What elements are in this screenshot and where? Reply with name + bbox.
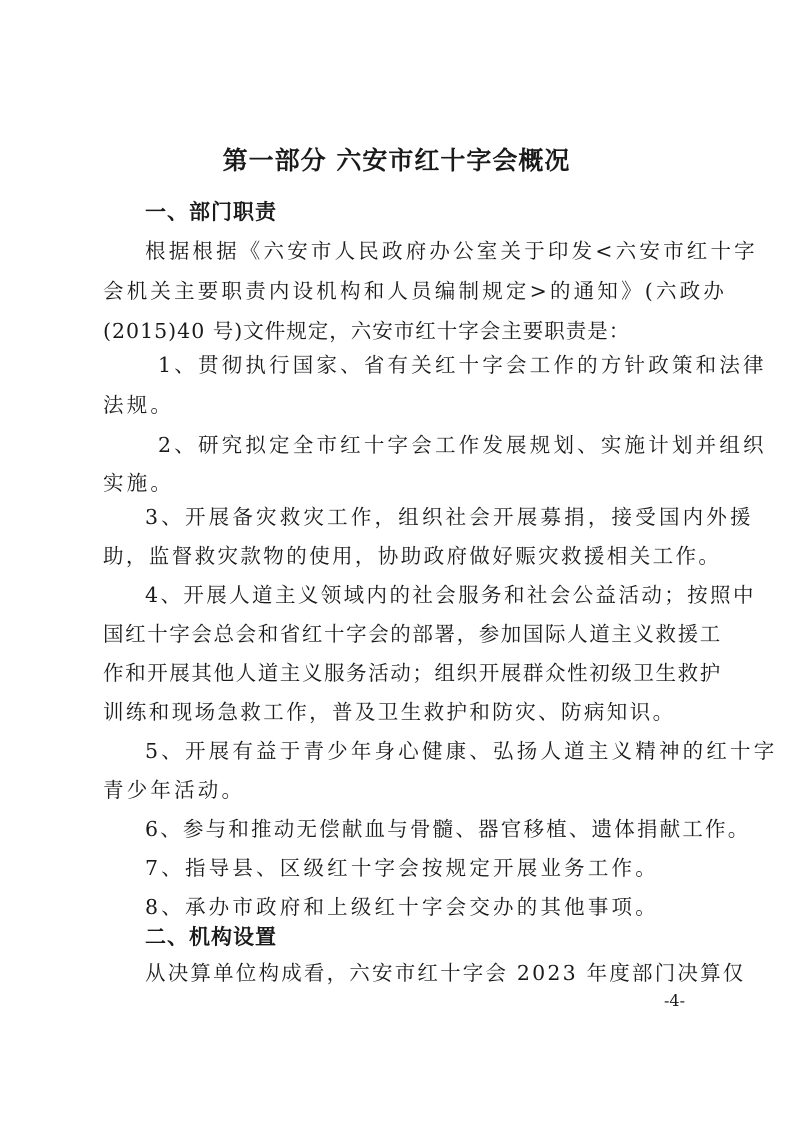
paragraph-line: 根据根据《六安市人民政府办公室关于印发<六安市红十字: [145, 236, 758, 266]
section-heading-organization: 二、机构设置: [145, 922, 277, 952]
list-item-3-cont: 助，监督救灾款物的使用，协助政府做好赈灾救援相关工作。: [103, 541, 721, 571]
page-number: -4-: [664, 991, 685, 1011]
list-item-4-cont: 训练和现场急救工作，普及卫生救护和防灾、防病知识。: [103, 697, 676, 727]
paragraph-line: 会机关主要职责内设机构和人员编制规定>的通知》(六政办: [103, 276, 727, 306]
section-heading-responsibilities: 一、部门职责: [145, 197, 277, 227]
list-item-1: 1、贯彻执行国家、省有关红十字会工作的方针政策和法律: [158, 350, 767, 380]
list-item-2-cont: 实施。: [103, 468, 174, 498]
list-item-3: 3、开展备灾救灾工作，组织社会开展募捐，接受国内外援: [145, 502, 754, 532]
list-item-5: 5、开展有益于青少年身心健康、弘扬人道主义精神的红十字: [145, 736, 777, 766]
list-item-6: 6、参与和推动无偿献血与骨髓、器官移植、遗体捐献工作。: [145, 814, 750, 844]
document-page: 第一部分 六安市红十字会概况 一、部门职责 根据根据《六安市人民政府办公室关于印…: [0, 0, 793, 1122]
list-item-5-cont: 青少年活动。: [103, 775, 245, 805]
list-item-4-cont: 国红十字会总会和省红十字会的部署，参加国际人道主义救援工: [103, 619, 722, 649]
list-item-4-cont: 作和开展其他人道主义服务活动；组织开展群众性初级卫生救护: [103, 658, 722, 688]
list-item-4: 4、开展人道主义领域内的社会服务和社会公益活动；按照中: [145, 580, 756, 610]
list-item-7: 7、指导县、区级红十字会按规定开展业务工作。: [145, 853, 659, 883]
page-title: 第一部分 六安市红十字会概况: [0, 144, 793, 178]
list-item-8: 8、承办市政府和上级红十字会交办的其他事项。: [145, 892, 659, 922]
list-item-1-cont: 法规。: [103, 390, 174, 420]
list-item-2: 2、研究拟定全市红十字会工作发展规划、实施计划并组织: [158, 430, 767, 460]
paragraph-line: 从决算单位构成看，六安市红十字会 2023 年度部门决算仅: [145, 958, 746, 988]
paragraph-line: (2015)40 号)文件规定，六安市红十字会主要职责是：: [103, 316, 630, 346]
